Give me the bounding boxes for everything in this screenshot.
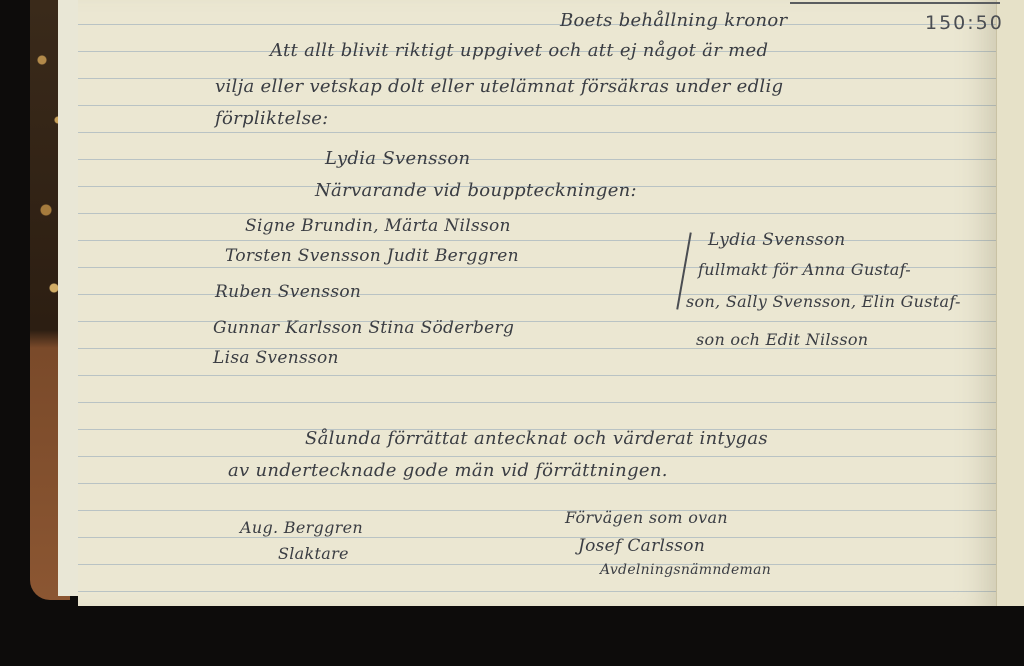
right-signature-note: Förvägen som ovan (565, 508, 728, 527)
certification-line-2: av undertecknade gode män vid förrättnin… (228, 460, 668, 481)
present-name-row: Lisa Svensson (213, 348, 339, 368)
present-name-row: Signe Brundin, Märta Nilsson (245, 216, 511, 236)
present-heading: Närvarande vid bouppteckningen: (315, 180, 637, 201)
present-right-row: Lydia Svensson (708, 230, 846, 250)
background-shadow (0, 606, 1024, 666)
header-amount: 150:50 (925, 12, 1004, 34)
right-signature-title: Avdelningsnämndeman (600, 562, 771, 578)
affirmation-line-3: förpliktelse: (215, 108, 329, 129)
present-right-row: son, Sally Svensson, Elin Gustaf- (686, 292, 961, 311)
certification-line-1: Sålunda förrättat antecknat och värderat… (305, 428, 768, 449)
present-right-row: son och Edit Nilsson (696, 330, 868, 349)
right-page-edge (996, 0, 1024, 608)
header-label: Boets behållning kronor (560, 10, 787, 31)
left-signature-title: Slaktare (278, 544, 349, 563)
present-name-row: Gunnar Karlsson Stina Söderberg (213, 318, 514, 338)
present-name-row: Ruben Svensson (215, 282, 361, 302)
present-name-row: Torsten Svensson Judit Berggren (225, 246, 519, 266)
header-rule (790, 2, 1000, 4)
affirmation-line-2: vilja eller vetskap dolt eller utelämnat… (215, 76, 783, 97)
present-right-row: fullmakt för Anna Gustaf- (698, 260, 911, 279)
left-signature-name: Aug. Berggren (240, 518, 363, 537)
affirmation-line-1: Att allt blivit riktigt uppgivet och att… (270, 40, 768, 61)
declarant-signature: Lydia Svensson (325, 148, 470, 169)
right-signature-name: Josef Carlsson (578, 536, 705, 556)
